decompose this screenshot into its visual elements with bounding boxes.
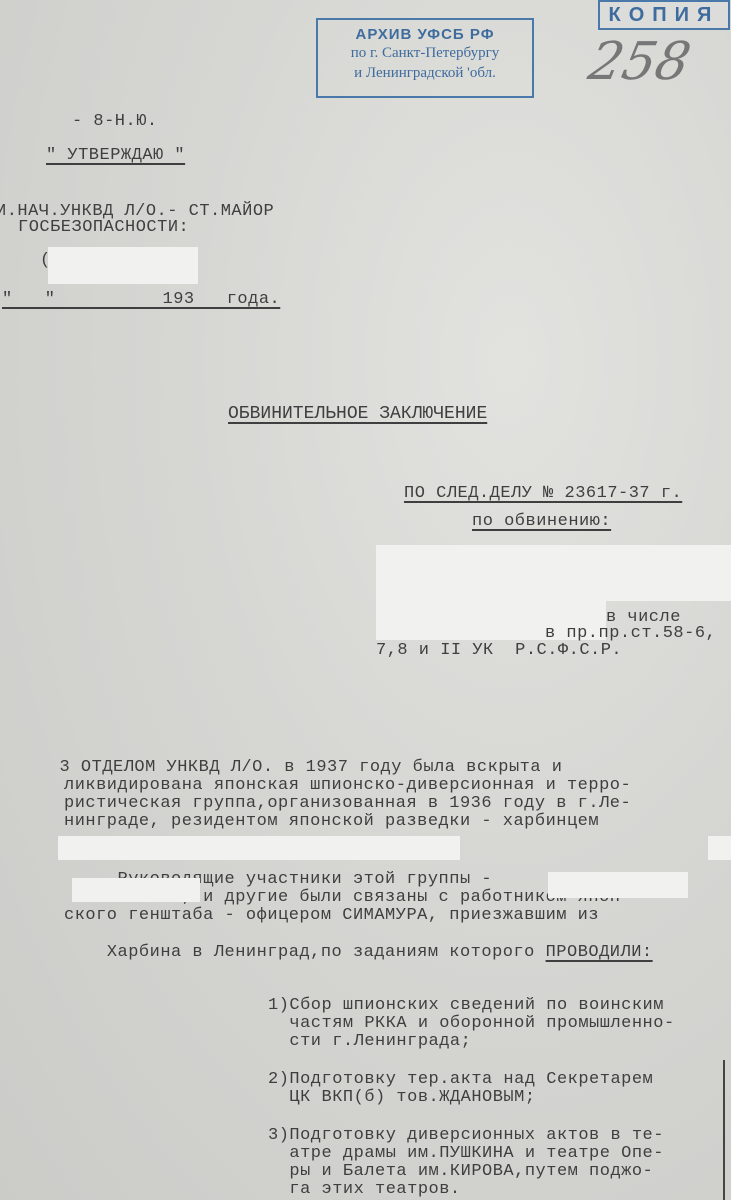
- stamp-line-3: и Ленинградской 'обл.: [318, 63, 532, 83]
- body-line: ского генштаба - офицером СИМАМУРА, прие…: [64, 906, 599, 925]
- list-item-2-line-2: ЦК ВКП(б) тов.ЖДАНОВЫМ;: [268, 1088, 536, 1107]
- redaction-block: [48, 247, 198, 284]
- case-number: ПО СЛЕД.ДЕЛУ № 23617-37 г.: [404, 484, 682, 503]
- document-reference: - 8-Н.Ю.: [72, 112, 158, 131]
- body-line: Харбина в Ленинград,по заданиям которого: [107, 943, 546, 962]
- redaction-block: [376, 545, 731, 601]
- list-item-1-line-3: сти г.Ленинграда;: [268, 1032, 471, 1051]
- list-item-1-line-1: 1)Сбор шпионских сведений по воинским: [268, 996, 664, 1015]
- approver-position-line-2: ГОСБЕЗОПАСНОСТИ:: [18, 218, 189, 237]
- document-title: ОБВИНИТЕЛЬНОЕ ЗАКЛЮЧЕНИЕ: [228, 404, 487, 424]
- stamp-line-1: АРХИВ УФСБ РФ: [318, 26, 532, 43]
- redaction-block: [708, 836, 731, 860]
- page-edge-line: [723, 1060, 725, 1200]
- list-item-3-line-1: 3)Подготовку диверсионных актов в те-: [268, 1126, 664, 1145]
- stamp-line-2: по г. Санкт-Петербургу: [318, 43, 532, 63]
- approval-heading: " УТВЕРЖДАЮ ": [46, 146, 185, 165]
- redaction-block: [548, 872, 688, 898]
- list-item-3-line-2: атре драмы им.ПУШКИНА и театре Опе-: [268, 1144, 664, 1163]
- redaction-block: [72, 878, 200, 902]
- list-item-3-line-4: га этих театров.: [268, 1180, 461, 1199]
- body-line: ликвидирована японская шпионско-диверсио…: [64, 776, 631, 795]
- archive-stamp: АРХИВ УФСБ РФ по г. Санкт-Петербургу и Л…: [316, 18, 534, 98]
- list-item-1-line-2: частям РККА и оборонной промышленно-: [268, 1014, 675, 1033]
- body-line: нинграде, резидентом японской разведки -…: [64, 812, 599, 831]
- list-item-2-line-1: 2)Подготовку тер.акта над Секретарем: [268, 1070, 653, 1089]
- list-item-3-line-3: ры и Балета им.КИРОВА,путем поджо-: [268, 1162, 653, 1181]
- charge-label: по обвинению:: [472, 512, 611, 531]
- handwritten-page-number: 258: [584, 32, 696, 92]
- approval-date-line: " " 193 года.: [2, 290, 280, 309]
- body-line: ристическая группа,организованная в 1936…: [64, 794, 631, 813]
- redaction-block: [58, 836, 460, 860]
- articles-line-2: 7,8 и II УК Р.С.Ф.С.Р.: [376, 641, 622, 660]
- copy-stamp: КОПИЯ: [598, 0, 730, 30]
- body-line: 3 ОТДЕЛОМ УНКВД Л/О. в 1937 году была вс…: [6, 758, 563, 777]
- emphasis-provodili: ПРОВОДИЛИ:: [546, 943, 653, 962]
